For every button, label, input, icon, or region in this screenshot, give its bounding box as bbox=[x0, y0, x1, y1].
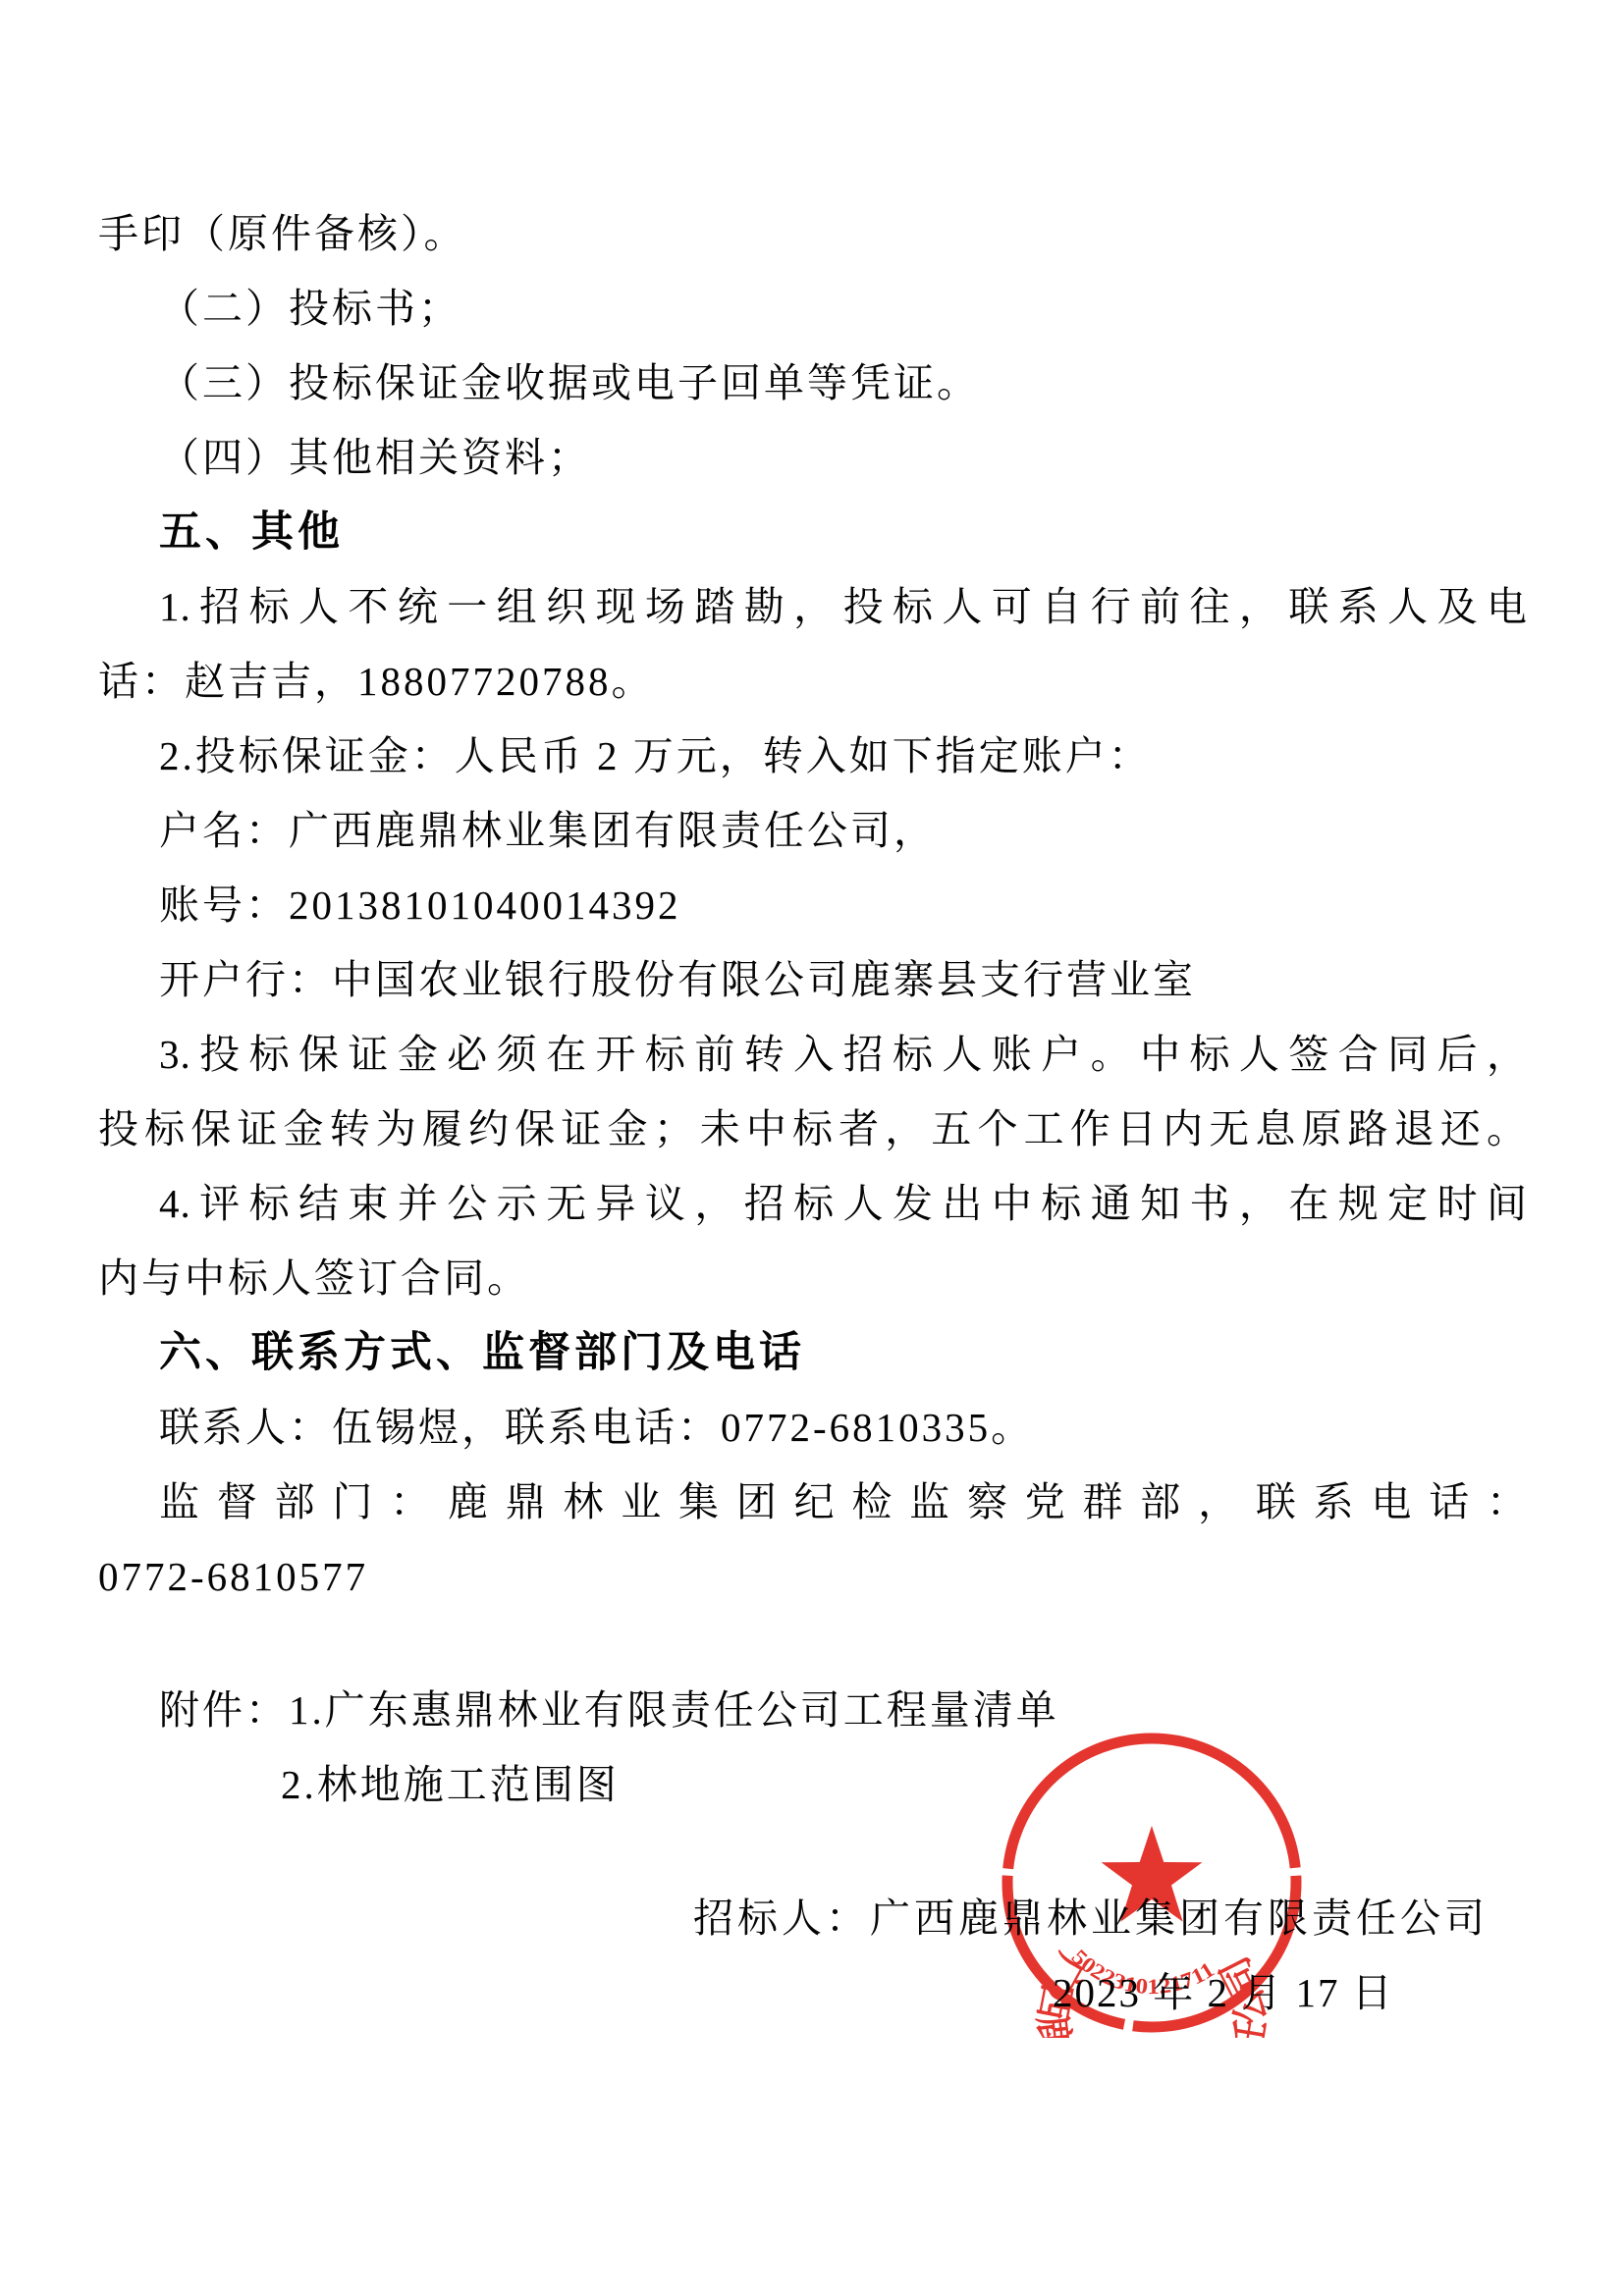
document-line: 联系人：伍锡煜，联系电话：0772-6810335。 bbox=[98, 1390, 1528, 1465]
document-line: 内与中标人签订合同。 bbox=[98, 1241, 1528, 1315]
document-line: 开户行：中国农业银行股份有限公司鹿寨县支行营业室 bbox=[98, 942, 1528, 1017]
star-icon bbox=[1102, 1826, 1203, 1922]
document-line: 话：赵吉吉，18807720788。 bbox=[98, 644, 1528, 719]
document-line: 3.投标保证金必须在开标前转入招标人账户。中标人签合同后， bbox=[98, 1017, 1528, 1092]
document-line: 2.投标保证金：人民币 2 万元，转入如下指定账户： bbox=[98, 719, 1528, 793]
document-line bbox=[98, 1822, 1528, 1881]
document-body: 手印（原件备核）。（二）投标书；（三）投标保证金收据或电子回单等凭证。（四）其他… bbox=[98, 196, 1528, 2030]
document-line: 户名：广西鹿鼎林业集团有限责任公司， bbox=[98, 793, 1528, 868]
document-line: 五、其他 bbox=[98, 495, 1528, 569]
document-line: （三）投标保证金收据或电子回单等凭证。 bbox=[98, 346, 1528, 420]
document-line: 手印（原件备核）。 bbox=[98, 196, 1528, 271]
document-line: 招标人：广西鹿鼎林业集团有限责任公司 bbox=[98, 1881, 1528, 1955]
document-line: 账号：20138101040014392 bbox=[98, 868, 1528, 942]
document-line: 0772-6810577 bbox=[98, 1539, 1528, 1614]
document-line: 1.招标人不统一组织现场踏勘，投标人可自行前往，联系人及电 bbox=[98, 569, 1528, 644]
document-line bbox=[98, 1614, 1528, 1673]
document-line: 六、联系方式、监督部门及电话 bbox=[98, 1315, 1528, 1390]
document-line: 附件：1.广东惠鼎林业有限责任公司工程量清单 bbox=[98, 1673, 1528, 1747]
company-seal-stamp: 广西鹿鼎林业集团有限责任公司 5022310121711 bbox=[994, 1732, 1310, 2038]
document-line: 2.林地施工范围图 bbox=[98, 1747, 1528, 1822]
document-line: 2023 年 2 月 17 日 bbox=[98, 1955, 1528, 2030]
document-line: 4.评标结束并公示无异议，招标人发出中标通知书，在规定时间 bbox=[98, 1166, 1528, 1241]
document-line: 投标保证金转为履约保证金；未中标者，五个工作日内无息原路退还。 bbox=[98, 1092, 1528, 1166]
document-line: 监督部门：鹿鼎林业集团纪检监察党群部，联系电话： bbox=[98, 1465, 1528, 1539]
document-line: （二）投标书； bbox=[98, 271, 1528, 346]
seal-serial: 5022310121711 bbox=[1067, 1945, 1218, 1999]
document-page: 手印（原件备核）。（二）投标书；（三）投标保证金收据或电子回单等凭证。（四）其他… bbox=[0, 0, 1624, 2296]
document-line: （四）其他相关资料； bbox=[98, 420, 1528, 495]
